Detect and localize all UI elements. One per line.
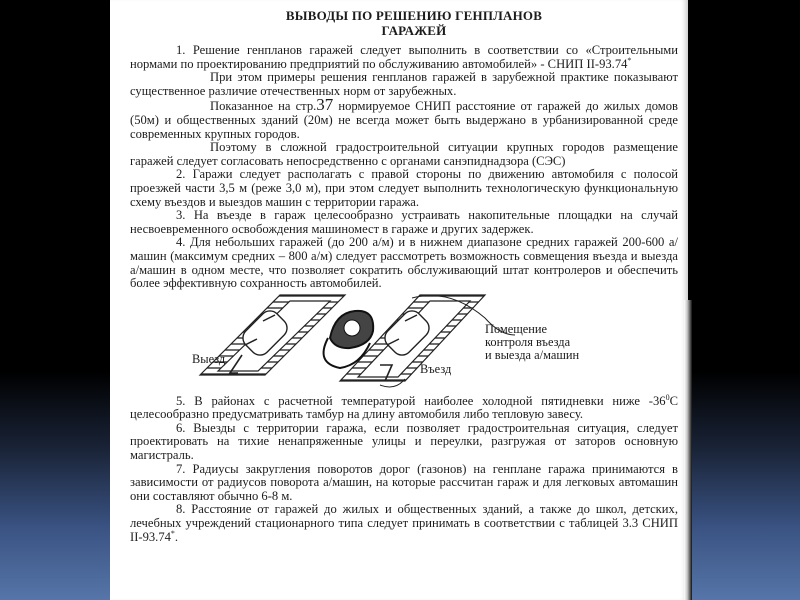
footnote-mark: *	[627, 55, 631, 64]
paragraph-8-end: .	[175, 530, 178, 544]
paragraph-1c: Показанное на стр.37 нормируемое СНИП ра…	[130, 98, 678, 141]
paragraph-8: 8. Расстояние от гаражей до жилых и обще…	[130, 503, 678, 544]
paragraph-5: 5. В районах с расчетной температурой на…	[130, 395, 678, 422]
garage-entry-exit-icon	[130, 293, 678, 393]
exit-label: Выезд	[192, 353, 225, 366]
entry-label: Въезд	[420, 363, 451, 376]
paragraph-1: 1. Решение генпланов гаражей следует вып…	[130, 44, 678, 71]
document-page: ВЫВОДЫ ПО РЕШЕНИЮ ГЕНПЛАНОВ ГАРАЖЕЙ 1. Р…	[110, 0, 688, 600]
control-room-label-3: и выезда а/машин	[485, 349, 579, 362]
paragraph-1c-start: Показанное на стр.	[210, 99, 316, 113]
paragraph-3: 3. На въезде в гараж целесообразно устра…	[130, 209, 678, 236]
page-title: ВЫВОДЫ ПО РЕШЕНИЮ ГЕНПЛАНОВ ГАРАЖЕЙ	[150, 8, 678, 38]
page-reference: 37	[316, 95, 333, 114]
page-edge-shadow	[684, 300, 692, 600]
paragraph-5-start: 5. В районах с расчетной температурой на…	[176, 394, 666, 408]
paragraph-1-text: 1. Решение генпланов гаражей следует вып…	[130, 43, 678, 71]
paragraph-6: 6. Выезды с территории гаража, если позв…	[130, 422, 678, 463]
paragraph-7: 7. Радиусы закругления поворотов дорог (…	[130, 463, 678, 504]
entry-exit-diagram: Выезд Въезд Помещение контроля въезда и …	[130, 293, 678, 393]
paragraph-4: 4. Для небольших гаражей (до 200 а/м) и …	[130, 236, 678, 290]
paragraph-2: 2. Гаражи следует располагать с правой с…	[130, 168, 678, 209]
title-line-2: ГАРАЖЕЙ	[150, 23, 678, 38]
title-line-1: ВЫВОДЫ ПО РЕШЕНИЮ ГЕНПЛАНОВ	[150, 8, 678, 23]
paragraph-8-text: 8. Расстояние от гаражей до жилых и обще…	[130, 502, 678, 543]
paragraph-1d: Поэтому в сложной градостроительной ситу…	[130, 141, 678, 168]
paragraph-1b: При этом примеры решения генпланов гараж…	[130, 71, 678, 98]
document-body: ВЫВОДЫ ПО РЕШЕНИЮ ГЕНПЛАНОВ ГАРАЖЕЙ 1. Р…	[130, 8, 678, 544]
